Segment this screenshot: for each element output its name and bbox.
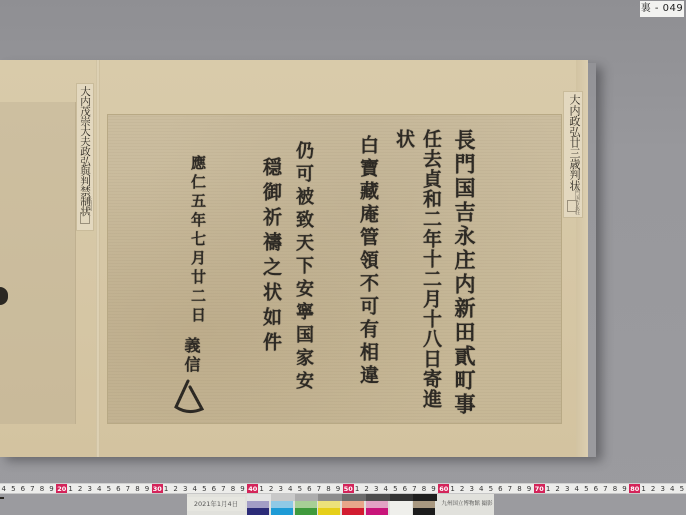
ruler-tick: 8: [610, 484, 620, 494]
ruler-tick: 7: [505, 484, 515, 494]
grayscale-swatch: [413, 494, 437, 501]
ruler-tick: 3: [276, 484, 286, 494]
ruler-tick: 7: [219, 484, 229, 494]
color-swatch-bottom: [271, 508, 293, 515]
grayscale-swatch: [247, 494, 271, 501]
capture-date: 2021年1月4日: [187, 497, 245, 511]
ruler-tick: 5: [486, 484, 496, 494]
ruler-tick: 3: [371, 484, 381, 494]
ruler-tick: 6: [114, 484, 124, 494]
ruler-tick: 5: [677, 484, 686, 494]
document-column-5: 穏御祈禱之状如件: [258, 157, 285, 357]
ruler-tick: 5: [104, 484, 114, 494]
grayscale-swatch: [342, 494, 366, 501]
document-signature: 義信: [180, 337, 203, 375]
ink-dot: [0, 497, 4, 499]
ruler-tick: 7: [123, 484, 133, 494]
ruler-tick: 9: [429, 484, 439, 494]
photo-credit: 九州国立博物館 撮影: [440, 494, 494, 515]
ruler-tick: 8: [324, 484, 334, 494]
previous-document-panel: [0, 102, 76, 424]
ruler-tick: 6: [305, 484, 315, 494]
ruler-tick: 2: [457, 484, 467, 494]
ruler-tick: 8: [515, 484, 525, 494]
ruler-tick: 5: [582, 484, 592, 494]
color-swatch-top: [390, 501, 412, 508]
ruler-tick: 4: [95, 484, 105, 494]
color-swatch-top: [366, 501, 388, 508]
grayscale-swatch: [318, 494, 342, 501]
ruler-tick: 1: [161, 484, 171, 494]
color-swatch-bottom: [390, 508, 412, 515]
color-swatch-top: [413, 501, 435, 508]
ruler-tick: 6: [496, 484, 506, 494]
color-calibration-card: 2021年1月4日: [187, 494, 447, 515]
kao-monogram-icon: [168, 377, 208, 417]
color-swatch-top: [295, 501, 317, 508]
document-column-4: 仍可被致天下安寧国家安: [290, 141, 316, 394]
ruler-tick: 9: [333, 484, 343, 494]
color-swatch-bottom: [342, 508, 364, 515]
document-date-column: 應仁五年七月廿二日: [188, 155, 209, 326]
grayscale-swatch: [271, 494, 295, 501]
ruler-tick: 9: [238, 484, 248, 494]
color-swatch-bottom: [295, 508, 317, 515]
ruler-tick: 4: [668, 484, 678, 494]
page-number-label: 裏 - 049: [640, 1, 684, 17]
ruler-tick: 4: [286, 484, 296, 494]
document-column-1: 長門国吉永庄内新田貳町事: [449, 129, 479, 417]
color-swatch-bottom: [247, 508, 269, 515]
document-column-3: 白寶藏庵管領不可有相違: [355, 135, 382, 388]
ruler-tick: 7: [28, 484, 38, 494]
ruler-tick: 2: [648, 484, 658, 494]
ruler-tick: 4: [381, 484, 391, 494]
color-swatch-bottom: [413, 508, 435, 515]
grayscale-swatch: [366, 494, 390, 501]
ruler-tick: 6: [591, 484, 601, 494]
ruler-tick: 1: [639, 484, 649, 494]
ruler-tick: 1: [352, 484, 362, 494]
ruler-tick: 2: [266, 484, 276, 494]
ruler-tick: 1: [448, 484, 458, 494]
main-document-panel: 長門国吉永庄内新田貳町事 任去貞和二年十二月十八日寄進状 白寶藏庵管領不可有相違…: [107, 114, 562, 424]
color-swatch-top: [271, 501, 293, 508]
ruler-tick: 2: [171, 484, 181, 494]
ruler-tick: 5: [391, 484, 401, 494]
ruler-tick: 7: [314, 484, 324, 494]
right-label-seal: [567, 200, 577, 212]
ruler-tick: 9: [524, 484, 534, 494]
ruler-tick: 1: [543, 484, 553, 494]
ruler-tick: 7: [601, 484, 611, 494]
mount-seam: [96, 60, 100, 457]
ruler-tick: 3: [658, 484, 668, 494]
ruler-tick: 2: [75, 484, 85, 494]
right-title-text: 大内政弘廿三歳判状: [568, 94, 581, 190]
color-swatch-bottom: [366, 508, 388, 515]
ruler-tick: 8: [419, 484, 429, 494]
grayscale-swatch: [390, 494, 414, 501]
ruler-tick: 4: [572, 484, 582, 494]
ruler-tick: 4: [0, 484, 9, 494]
ruler-tick: 5: [200, 484, 210, 494]
ruler-tick: 7: [410, 484, 420, 494]
ruler-tick: 2: [362, 484, 372, 494]
color-swatch-top: [342, 501, 364, 508]
color-swatch-bottom: [318, 508, 340, 515]
color-swatches: [247, 494, 437, 515]
measuring-ruler: 4567892012345678930123456789401234567895…: [0, 483, 686, 494]
document-column-2: 任去貞和二年十二月十八日寄進状: [391, 129, 445, 423]
ruler-tick: 6: [400, 484, 410, 494]
color-swatch-top: [247, 501, 269, 508]
ink-mark: [0, 287, 8, 305]
ruler-tick: 4: [477, 484, 487, 494]
ruler-tick: 5: [295, 484, 305, 494]
ruler-tick: 9: [47, 484, 57, 494]
ruler-tick: 6: [209, 484, 219, 494]
ruler-tick: 2: [553, 484, 563, 494]
ruler-tick: 3: [562, 484, 572, 494]
color-swatch-top: [318, 501, 340, 508]
ruler-tick: 8: [133, 484, 143, 494]
ruler-tick: 3: [467, 484, 477, 494]
ruler-tick: 9: [142, 484, 152, 494]
ruler-tick: 8: [37, 484, 47, 494]
ruler-tick: 3: [85, 484, 95, 494]
ruler-tick: 8: [228, 484, 238, 494]
ruler-tick: 3: [180, 484, 190, 494]
left-label-seal: [80, 212, 90, 224]
ruler-tick: 1: [66, 484, 76, 494]
ruler-tick: 4: [190, 484, 200, 494]
ruler-tick: 6: [18, 484, 28, 494]
ruler-tick: 1: [257, 484, 267, 494]
ruler-tick: 5: [9, 484, 19, 494]
grayscale-swatch: [295, 494, 319, 501]
ruler-tick: 9: [620, 484, 630, 494]
